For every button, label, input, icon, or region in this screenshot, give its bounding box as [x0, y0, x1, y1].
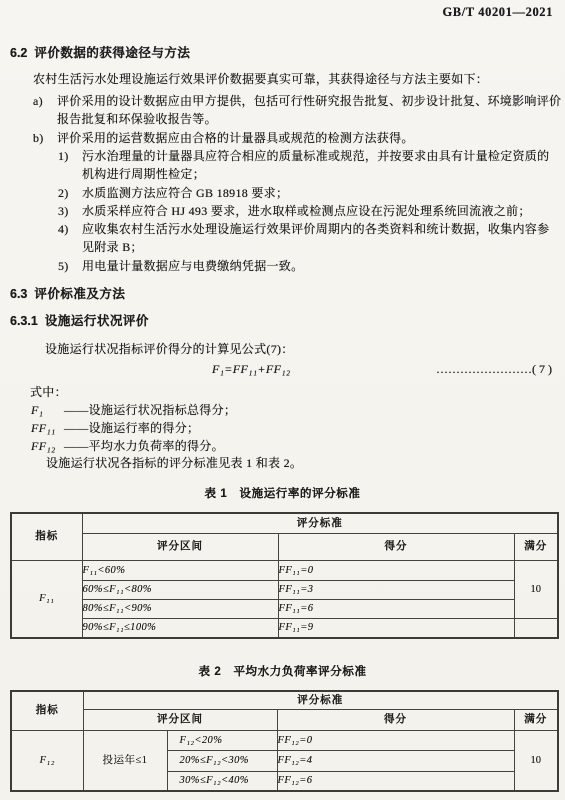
table1-row1-score: FF₁₁=0 — [278, 560, 514, 580]
table-2: 指标 评分标准 评分区间 得分 满分 F₁₂ 投运年≤1 F₁₂<20% FF₁… — [10, 690, 559, 792]
list-subitem-1-line1: 1)污水治理量的计量器具应符合相应的质量标准或规范，并按要求由具有计量检定资质的 — [58, 149, 549, 164]
table2-header-indicator: 指标 — [11, 691, 83, 730]
table2-row1-score: FF₁₂=0 — [277, 730, 514, 750]
table1-header-indicator: 指标 — [11, 513, 82, 560]
table1-full-empty-cell — [514, 618, 558, 638]
list-item-a-text1: 评价采用的设计数据应由甲方提供，包括可行性研究报告批复、初步设计批复、环境影响评… — [57, 94, 561, 108]
table2-condition-cell: 投运年≤1 — [83, 730, 167, 791]
list-subitem-4-line2: 见附录 B； — [82, 240, 143, 255]
formula-row: F₁=FF₁₁+FF₁₂ ……………………( 7 ) — [212, 362, 552, 377]
table2-row3-interval: 30%≤F₁₂<40% — [167, 771, 277, 791]
section-6-3-title: 评价标准及方法 — [34, 287, 125, 301]
definition-ff12-desc: ——平均水力负荷率的得分。 — [64, 439, 224, 453]
definition-f1: F₁——设施运行状况指标总得分； — [31, 403, 236, 418]
definition-ff11-term: FF₁₁ — [31, 421, 64, 436]
definition-ff11-desc: ——设施运行率的得分； — [64, 421, 199, 435]
definition-ff12: FF₁₂——平均水力负荷率的得分。 — [31, 439, 224, 454]
table1-row3-interval: 80%≤F₁₁<90% — [82, 599, 278, 618]
section-6-3-1-title: 设施运行状况评价 — [45, 314, 149, 328]
table2-header-full: 满分 — [514, 709, 558, 730]
table2-indicator-cell: F₁₂ — [11, 730, 83, 791]
table2-row1-interval: F₁₂<20% — [167, 730, 277, 750]
section-6-3-heading: 6.3评价标准及方法 — [10, 287, 125, 302]
table1-full-score-cell: 10 — [514, 560, 558, 618]
table1-row3-score: FF₁₁=6 — [278, 599, 514, 618]
table1-header-standard: 评分标准 — [82, 513, 558, 533]
list-item-a-line2: 报告批复和环保验收报告等。 — [57, 112, 217, 127]
table2-header-interval: 评分区间 — [83, 709, 277, 730]
definition-f1-desc: ——设施运行状况指标总得分； — [64, 403, 236, 417]
table2-header-score: 得分 — [277, 709, 514, 730]
table1-indicator-cell: F₁₁ — [11, 560, 82, 638]
section-6-2-title: 评价数据的获得途径与方法 — [34, 46, 190, 60]
table1-header-score: 得分 — [278, 533, 514, 560]
standard-number: GB/T 40201—2021 — [442, 5, 553, 20]
table1-row2-interval: 60%≤F₁₁<80% — [82, 580, 278, 599]
document-page: GB/T 40201—2021 6.2评价数据的获得途径与方法 农村生活污水处理… — [0, 0, 565, 800]
list-subitem-5-text1: 用电量计量数据应与电费缴纳凭据一致。 — [82, 259, 303, 273]
table2-header-standard: 评分标准 — [83, 691, 558, 709]
paragraph-tables-ref: 设施运行状况各指标的评分标准见表 1 和表 2。 — [46, 456, 302, 471]
list-subitem-3-text1: 水质采样应符合 HJ 493 要求，进水取样或检测点应设在污泥处理系统回流液之前… — [82, 204, 531, 218]
list-subitem-3-label: 3) — [58, 204, 82, 219]
where-label: 式中： — [30, 385, 67, 400]
table1-header-interval: 评分区间 — [82, 533, 278, 560]
formula-7: F₁=FF₁₁+FF₁₂ — [212, 362, 291, 377]
list-subitem-2-label: 2) — [58, 186, 82, 201]
list-subitem-1-label: 1) — [58, 149, 82, 164]
list-subitem-2-line1: 2)水质监测方法应符合 GB 18918 要求； — [58, 186, 288, 201]
table2-row2-score: FF₁₂=4 — [277, 750, 514, 771]
section-6-2-number: 6.2 — [10, 46, 27, 61]
section-6-3-number: 6.3 — [10, 287, 27, 302]
list-subitem-4-label: 4) — [58, 222, 82, 237]
list-item-b-label: b) — [33, 131, 57, 146]
table1-header-full: 满分 — [514, 533, 558, 560]
table-1-title: 表 1 设施运行率的评分标准 — [0, 485, 565, 501]
list-subitem-1-line2: 机构进行周期性检定； — [82, 167, 205, 182]
definition-ff11: FF₁₁——设施运行率的得分； — [31, 421, 199, 436]
list-item-a-line1: a)评价采用的设计数据应由甲方提供，包括可行性研究报告批复、初步设计批复、环境影… — [33, 94, 561, 109]
table2-row3-score: FF₁₂=6 — [277, 771, 514, 791]
list-subitem-3-line1: 3)水质采样应符合 HJ 493 要求，进水取样或检测点应设在污泥处理系统回流液… — [58, 204, 531, 219]
section-6-2-heading: 6.2评价数据的获得途径与方法 — [10, 46, 190, 61]
list-subitem-5-line1: 5)用电量计量数据应与电费缴纳凭据一致。 — [58, 259, 303, 274]
list-item-b-text1: 评价采用的运营数据应由合格的计量器具或规范的检测方法获得。 — [57, 131, 414, 145]
table2-full-score-cell: 10 — [514, 730, 558, 791]
table-2-title: 表 2 平均水力负荷率评分标准 — [0, 663, 565, 679]
list-item-b-line1: b)评价采用的运营数据应由合格的计量器具或规范的检测方法获得。 — [33, 131, 414, 146]
formula-7-reference: ……………………( 7 ) — [436, 362, 552, 377]
table2-row2-interval: 20%≤F₁₂<30% — [167, 750, 277, 771]
table-1: 指标 评分标准 评分区间 得分 满分 F₁₁ F₁₁<60% FF₁₁=0 10… — [10, 512, 559, 639]
paragraph-formula-intro: 设施运行状况指标评价得分的计算见公式(7)： — [45, 342, 294, 357]
paragraph-intro: 农村生活污水处理设施运行效果评价数据要真实可靠，其获得途径与方法主要如下： — [33, 72, 488, 87]
list-subitem-2-text1: 水质监测方法应符合 GB 18918 要求； — [82, 186, 288, 200]
definition-ff12-term: FF₁₂ — [31, 439, 64, 454]
table1-row4-interval: 90%≤F₁₁≤100% — [82, 618, 278, 638]
list-subitem-1-text1: 污水治理量的计量器具应符合相应的质量标准或规范，并按要求由具有计量检定资质的 — [82, 149, 549, 163]
list-subitem-4-text1: 应收集农村生活污水处理设施运行效果评价周期内的各类资料和统计数据，收集内容参 — [82, 222, 549, 236]
list-item-a-label: a) — [33, 94, 57, 109]
table1-row4-score: FF₁₁=9 — [278, 618, 514, 638]
table1-row1-interval: F₁₁<60% — [82, 560, 278, 580]
definition-f1-term: F₁ — [31, 403, 64, 418]
list-subitem-5-label: 5) — [58, 259, 82, 274]
list-subitem-4-line1: 4)应收集农村生活污水处理设施运行效果评价周期内的各类资料和统计数据，收集内容参 — [58, 222, 549, 237]
section-6-3-1-number: 6.3.1 — [10, 314, 38, 329]
section-6-3-1-heading: 6.3.1设施运行状况评价 — [10, 314, 149, 329]
table1-row2-score: FF₁₁=3 — [278, 580, 514, 599]
